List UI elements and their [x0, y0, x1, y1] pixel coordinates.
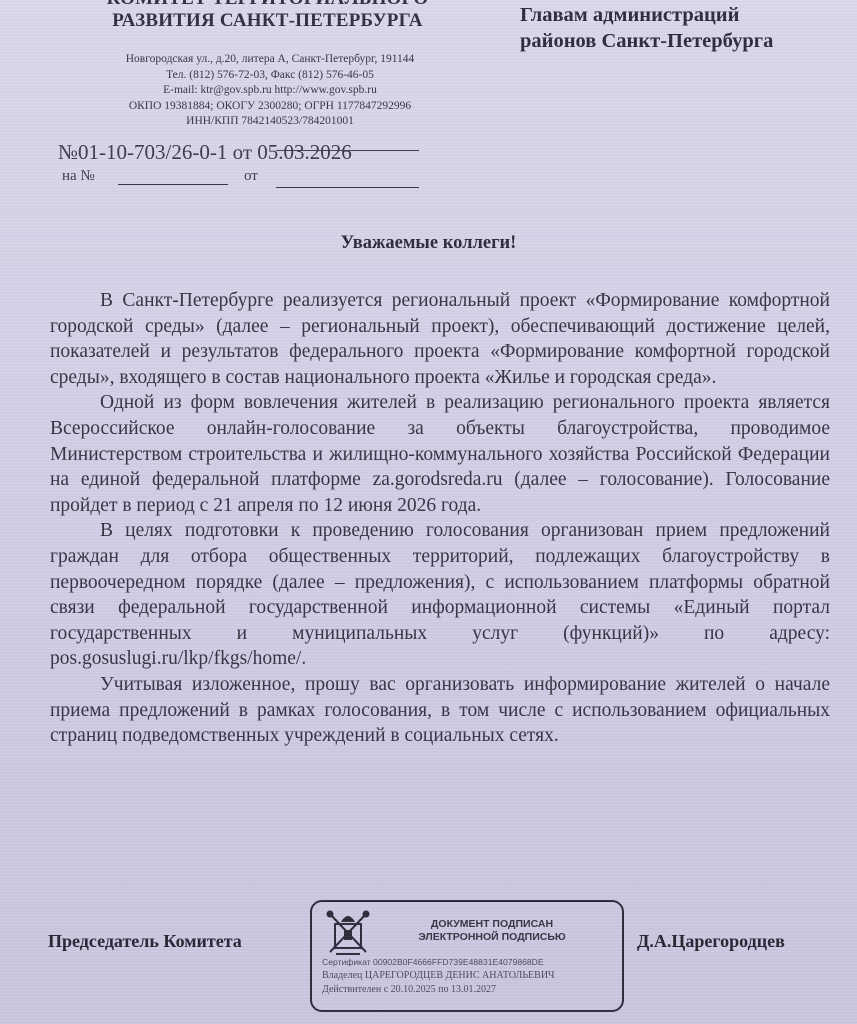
organization-name-line1: КОМИТЕТ ТЕРРИТОРИАЛЬНОГО	[95, 0, 440, 10]
spb-coat-of-arms-icon	[326, 908, 370, 958]
registration-number: №01-10-703/26-0-1 от 05.03.2026	[58, 140, 352, 165]
contact-phone: Тел. (812) 576-72-03, Факс (812) 576-46-…	[70, 68, 470, 84]
reply-reference-row: на №	[62, 168, 95, 185]
organization-name-line2: РАЗВИТИЯ САНКТ-ПЕТЕРБУРГА	[95, 10, 440, 32]
addressee: Главам администраций районов Санкт-Петер…	[520, 2, 773, 54]
stamp-validity: Действителен с 20.10.2025 по 13.01.2027	[322, 983, 618, 997]
from-label: от	[244, 168, 258, 185]
paragraph: Учитывая изложенное, прошу вас организов…	[50, 672, 830, 749]
electronic-signature-stamp: ДОКУМЕНТ ПОДПИСАН ЭЛЕКТРОННОЙ ПОДПИСЬЮ С…	[310, 900, 624, 1012]
organization-contacts: Новгородская ул., д.20, литера А, Санкт-…	[70, 52, 470, 130]
stamp-details: Сертификат 00902B0F4666FFD739E48831E4079…	[322, 955, 618, 997]
contact-inn: ИНН/КПП 7842140523/784201001	[70, 114, 470, 130]
organization-name: КОМИТЕТ ТЕРРИТОРИАЛЬНОГО РАЗВИТИЯ САНКТ-…	[95, 0, 440, 32]
reply-date-blank	[276, 187, 419, 188]
signer-position: Председатель Комитета	[48, 931, 242, 952]
salutation: Уважаемые коллеги!	[0, 233, 857, 254]
paragraph: В целях подготовки к проведению голосова…	[50, 518, 830, 672]
stamp-title-line2: ЭЛЕКТРОННОЙ ПОДПИСЬЮ	[382, 931, 602, 944]
paragraph: Одной из форм вовлечения жителей в реали…	[50, 390, 830, 518]
letter-body: В Санкт-Петербурге реализуется региональ…	[50, 288, 830, 749]
reply-number-blank	[118, 184, 228, 185]
paragraph: В Санкт-Петербурге реализуется региональ…	[50, 288, 830, 390]
stamp-certificate: Сертификат 00902B0F4666FFD739E48831E4079…	[322, 955, 618, 969]
stamp-title: ДОКУМЕНТ ПОДПИСАН ЭЛЕКТРОННОЙ ПОДПИСЬЮ	[382, 918, 602, 944]
contact-codes: ОКПО 19381884; ОКОГУ 2300280; ОГРН 11778…	[70, 99, 470, 115]
divider	[276, 150, 419, 151]
contact-email: E-mail: ktr@gov.spb.ru http://www.gov.sp…	[70, 83, 470, 99]
stamp-owner: Владелец ЦАРЕГОРОДЦЕВ ДЕНИС АНАТОЛЬЕВИЧ	[322, 969, 618, 983]
contact-address: Новгородская ул., д.20, литера А, Санкт-…	[70, 52, 470, 68]
stamp-title-line1: ДОКУМЕНТ ПОДПИСАН	[382, 918, 602, 931]
addressee-line2: районов Санкт-Петербурга	[520, 28, 773, 54]
reply-to-label: на №	[62, 168, 95, 184]
addressee-line1: Главам администраций	[520, 2, 773, 28]
signer-name: Д.А.Царегородцев	[637, 931, 785, 952]
